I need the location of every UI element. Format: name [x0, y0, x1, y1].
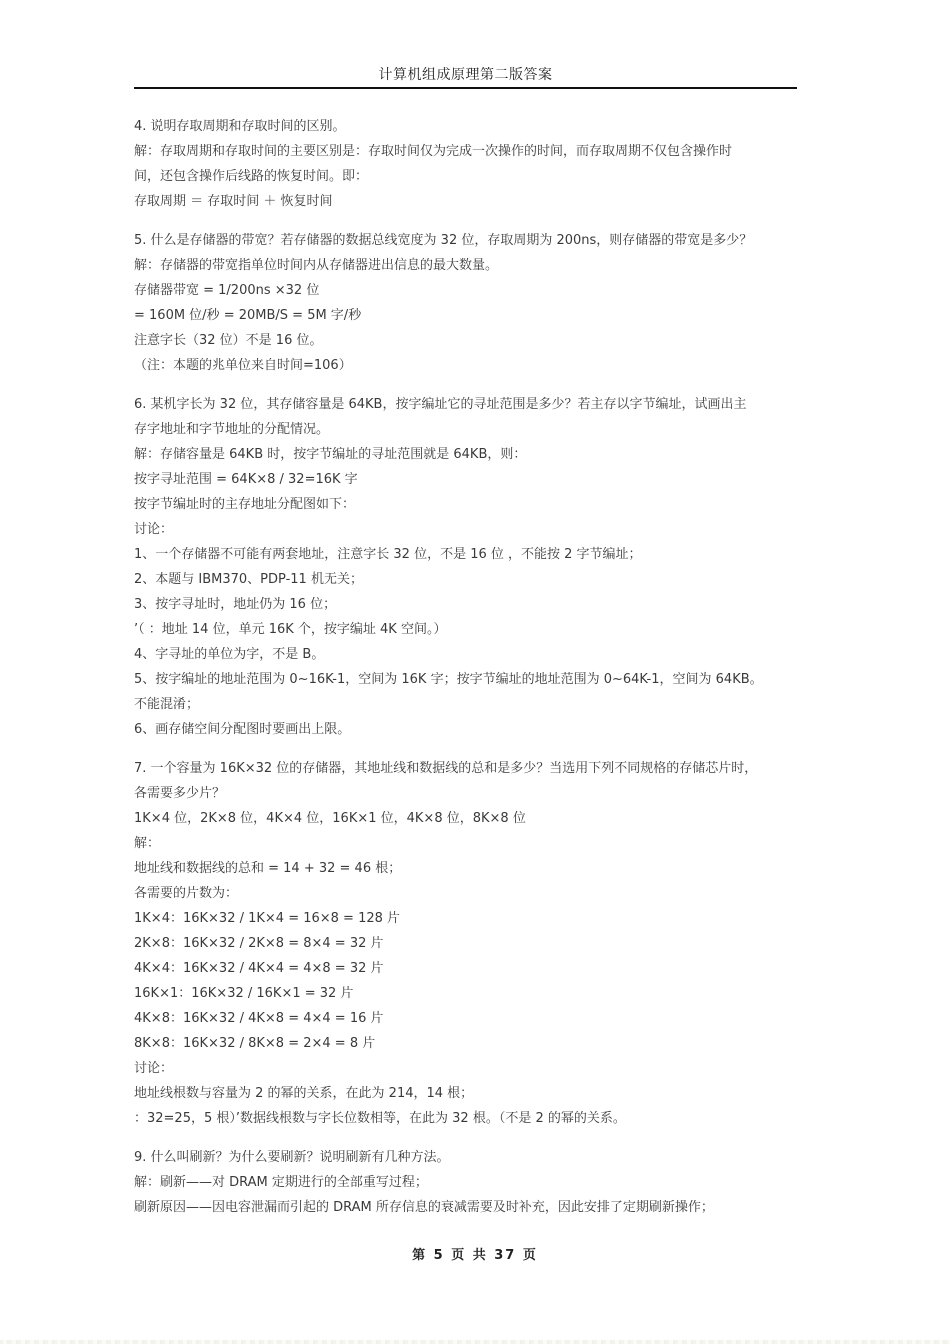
discussion-item: 2、本题与 IBM370、PDP-11 机无关； [134, 567, 804, 592]
discussion-item: 4、字寻址的单位为字，不是 B。 [134, 642, 804, 667]
discussion-item: 5、按字编址的地址范围为 0~16K-1，空间为 16K 字；按字节编址的地址范… [134, 667, 804, 692]
page-header-title: 计算机组成原理第二版答案 [134, 64, 797, 84]
section-gap [134, 742, 804, 756]
question-6: 6. 某机字长为 32 位，其存储容量是 64KB，按字编址它的寻址范围是多少？… [134, 392, 804, 742]
answer-line: 按字节编址时的主存地址分配图如下： [134, 492, 804, 517]
chip-count-line: 1K×4：16K×32 / 1K×4 = 16×8 = 128 片 [134, 906, 804, 931]
answer-line: 解：存取周期和存取时间的主要区别是：存取时间仅为完成一次操作的时间，而存取周期不… [134, 139, 804, 164]
section-gap [134, 378, 804, 392]
answer-line: 各需要的片数为： [134, 881, 804, 906]
discussion-item: ’（ ：地址 14 位，单元 16K 个，按字编址 4K 空间。） [134, 617, 804, 642]
answer-line: 间，还包含操作后线路的恢复时间。即： [134, 164, 804, 189]
chip-count-line: 16K×1：16K×32 / 16K×1 = 32 片 [134, 981, 804, 1006]
discussion-item: ：32=25，5 根）’数据线根数与字长位数相等，在此为 32 根。（不是 2 … [134, 1106, 804, 1131]
answer-line: 解：刷新——对 DRAM 定期进行的全部重写过程； [134, 1170, 804, 1195]
discussion-item: 地址线根数与容量为 2 的幂的关系，在此为 214，14 根； [134, 1081, 804, 1106]
chip-spec-list: 1K×4 位，2K×8 位，4K×4 位，16K×1 位，4K×8 位，8K×8… [134, 806, 804, 831]
formula-line: = 160M 位/秒 = 20MB/S = 5M 字/秒 [134, 303, 804, 328]
question-title: 9. 什么叫刷新？为什么要刷新？说明刷新有几种方法。 [134, 1145, 804, 1170]
section-gap [134, 214, 804, 228]
discussion-item: 不能混淆； [134, 692, 804, 717]
discussion-heading: 讨论： [134, 517, 804, 542]
question-title: 存字地址和字节地址的分配情况。 [134, 417, 804, 442]
answer-heading: 解： [134, 831, 804, 856]
page-number: 第 5 页 共 37 页 [0, 1244, 950, 1263]
answer-line: 注意字长（32 位）不是 16 位。 [134, 328, 804, 353]
discussion-item: 1、一个存储器不可能有两套地址，注意字长 32 位，不是 16 位 ，不能按 2… [134, 542, 804, 567]
question-9: 9. 什么叫刷新？为什么要刷新？说明刷新有几种方法。 解：刷新——对 DRAM … [134, 1145, 804, 1220]
discussion-heading: 讨论： [134, 1056, 804, 1081]
question-title: 5. 什么是存储器的带宽？若存储器的数据总线宽度为 32 位，存取周期为 200… [134, 228, 804, 253]
question-7: 7. 一个容量为 16K×32 位的存储器，其地址线和数据线的总和是多少？当选用… [134, 756, 804, 1131]
question-title: 7. 一个容量为 16K×32 位的存储器，其地址线和数据线的总和是多少？当选用… [134, 756, 804, 781]
question-title: 各需要多少片？ [134, 781, 804, 806]
question-4: 4. 说明存取周期和存取时间的区别。 解：存取周期和存取时间的主要区别是：存取时… [134, 114, 804, 214]
formula-line: 存储器带宽 = 1/200ns ×32 位 [134, 278, 804, 303]
answer-line: 刷新原因——因电容泄漏而引起的 DRAM 所存信息的衰减需要及时补充，因此安排了… [134, 1195, 804, 1220]
question-title: 4. 说明存取周期和存取时间的区别。 [134, 114, 804, 139]
question-5: 5. 什么是存储器的带宽？若存储器的数据总线宽度为 32 位，存取周期为 200… [134, 228, 804, 378]
discussion-item: 3、按字寻址时，地址仍为 16 位； [134, 592, 804, 617]
formula-line: 按字寻址范围 = 64K×8 / 32=16K 字 [134, 467, 804, 492]
answer-line: 解：存储容量是 64KB 时，按字节编址的寻址范围就是 64KB，则： [134, 442, 804, 467]
section-gap [134, 1131, 804, 1145]
note-line: （注：本题的兆单位来自时间=106） [134, 353, 804, 378]
chip-count-line: 4K×8：16K×32 / 4K×8 = 4×4 = 16 片 [134, 1006, 804, 1031]
chip-count-line: 8K×8：16K×32 / 8K×8 = 2×4 = 8 片 [134, 1031, 804, 1056]
chip-count-line: 4K×4：16K×32 / 4K×4 = 4×8 = 32 片 [134, 956, 804, 981]
discussion-item: 6、画存储空间分配图时要画出上限。 [134, 717, 804, 742]
chip-count-line: 2K×8：16K×32 / 2K×8 = 8×4 = 32 片 [134, 931, 804, 956]
question-title: 6. 某机字长为 32 位，其存储容量是 64KB，按字编址它的寻址范围是多少？… [134, 392, 804, 417]
formula-line: 存取周期 ＝ 存取时间 ＋ 恢复时间 [134, 189, 804, 214]
answer-line: 解：存储器的带宽指单位时间内从存储器进出信息的最大数量。 [134, 253, 804, 278]
header-rule [134, 87, 797, 89]
document-body: 4. 说明存取周期和存取时间的区别。 解：存取周期和存取时间的主要区别是：存取时… [134, 114, 804, 1220]
formula-line: 地址线和数据线的总和 = 14 + 32 = 46 根； [134, 856, 804, 881]
scan-edge [0, 1340, 950, 1344]
